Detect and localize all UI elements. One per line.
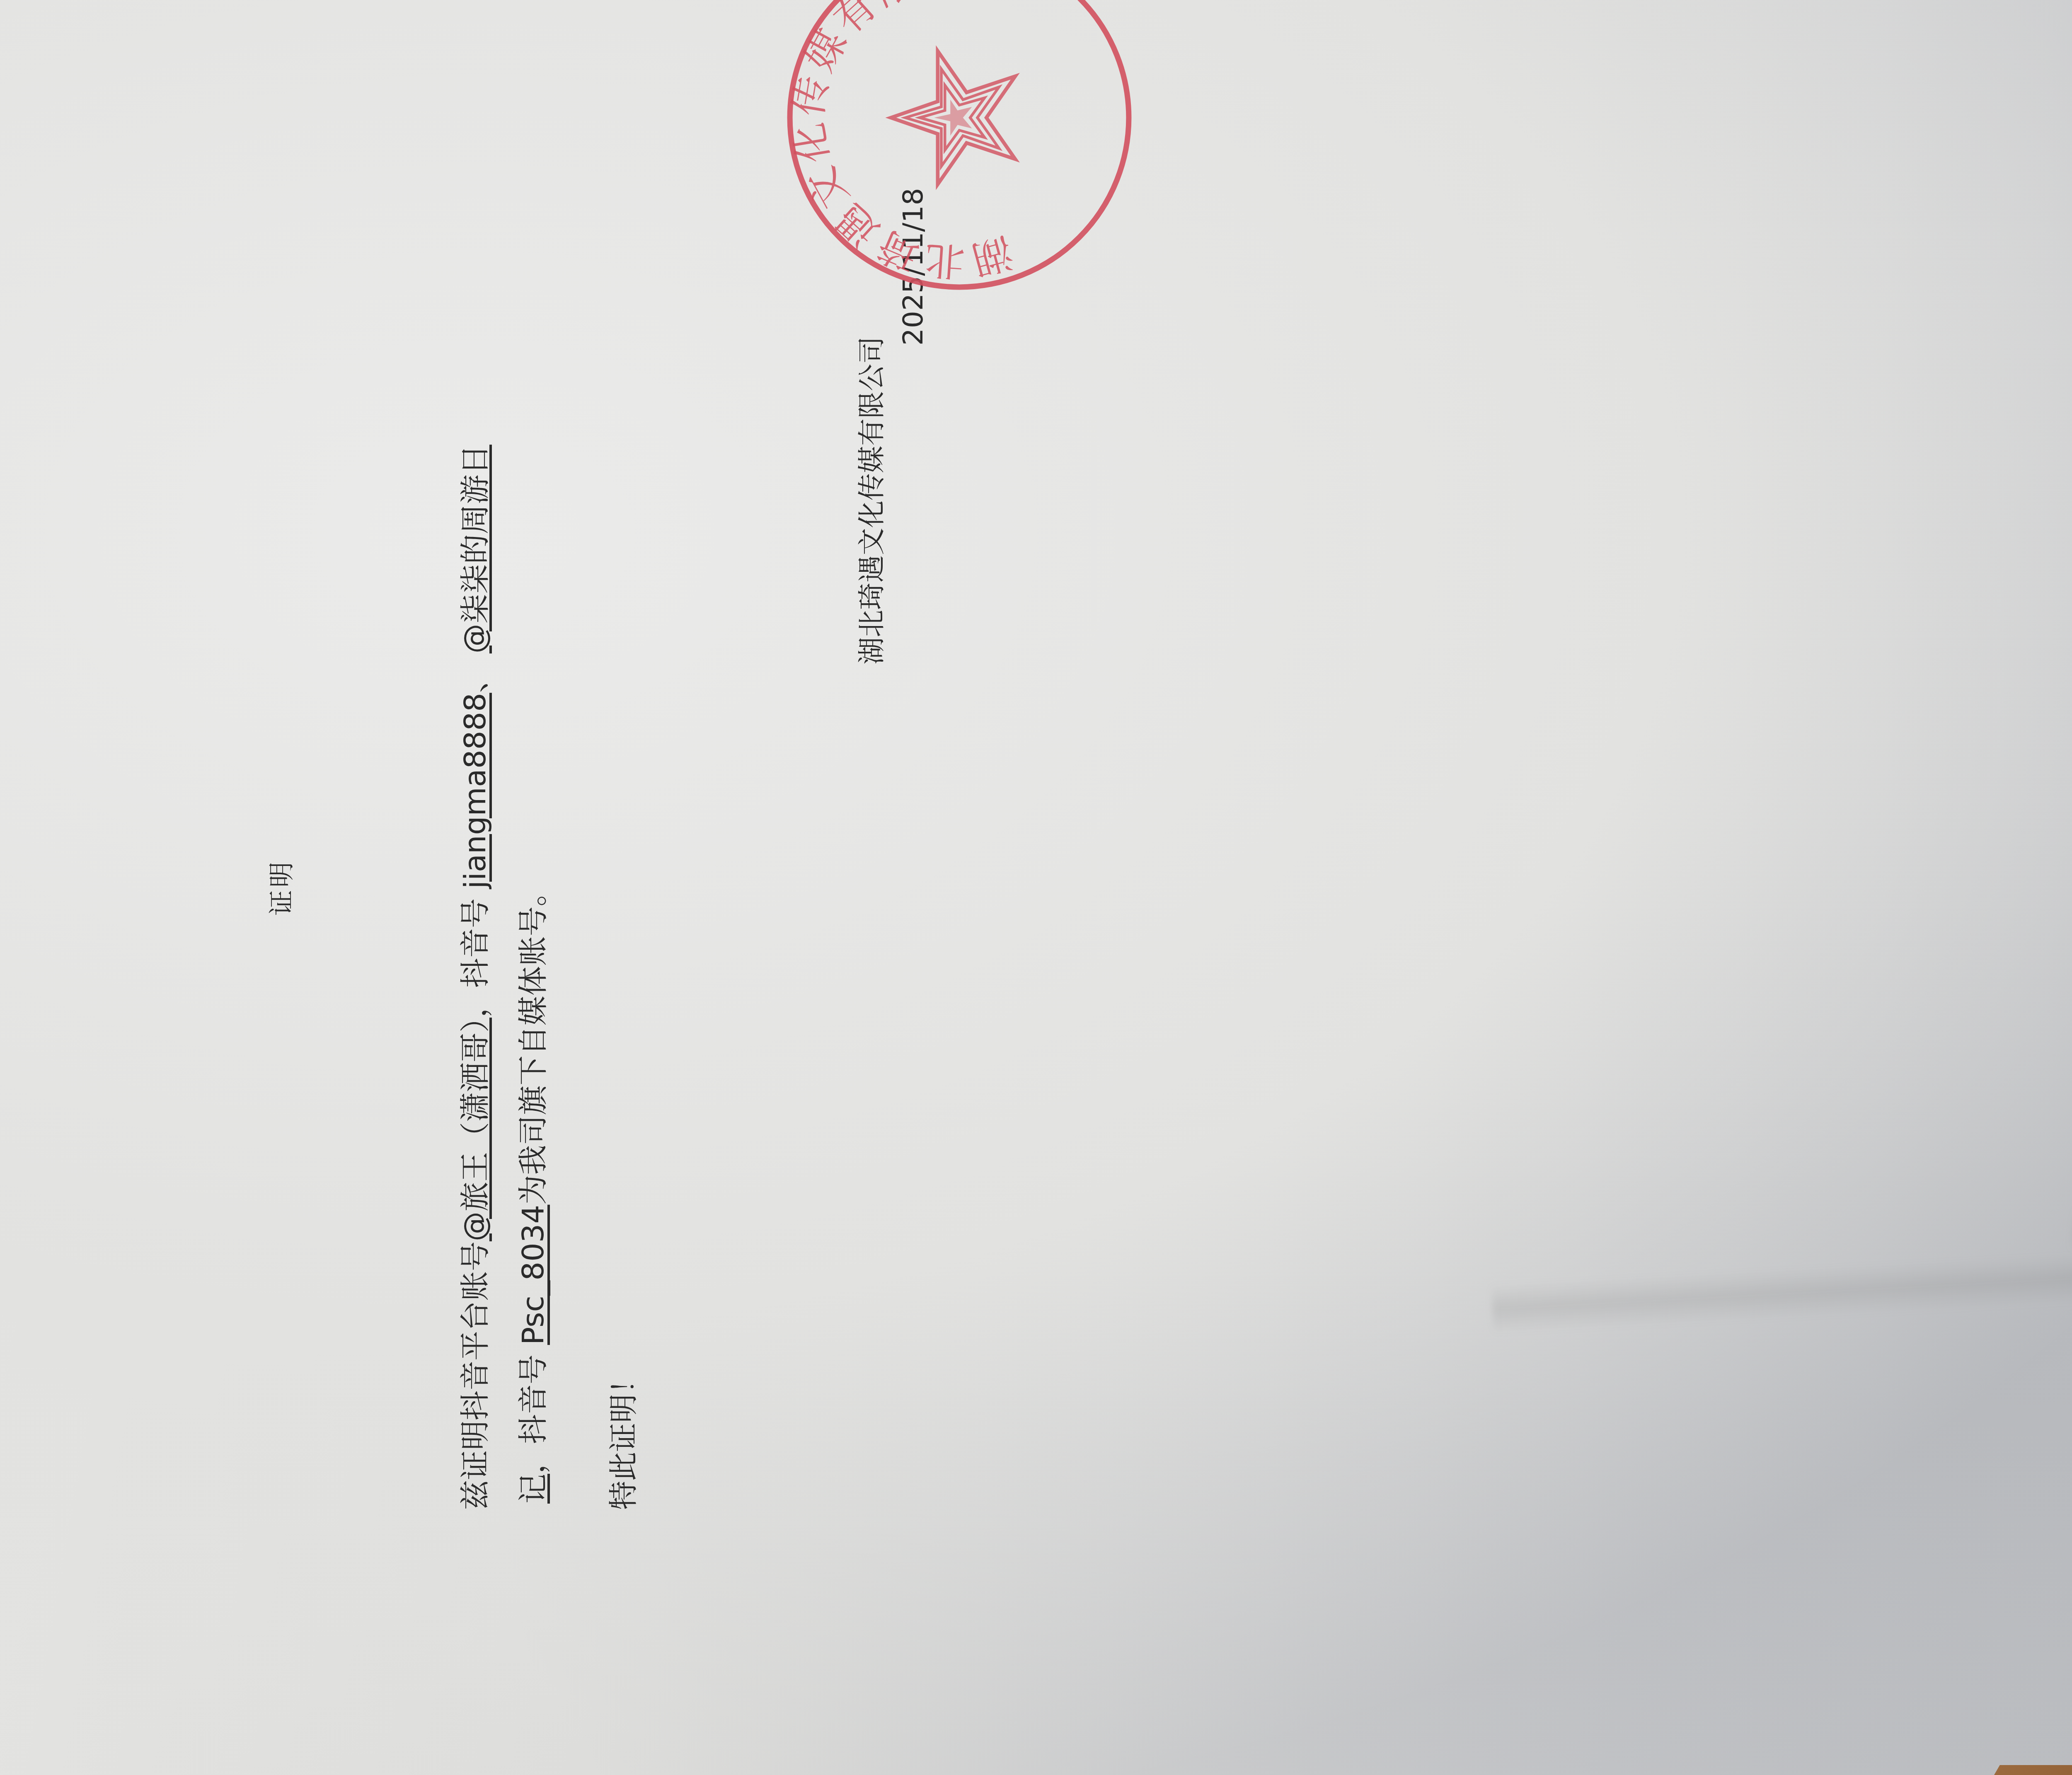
douyin-id-2: Psc_8034 xyxy=(516,1205,550,1345)
page-title: 证明 xyxy=(261,0,298,1775)
account-name-1: @旅王（潇洒哥） xyxy=(457,1018,492,1241)
douyin-id-1: jiangma8888 xyxy=(457,693,492,889)
seal-icon: 湖北琦遇文化传媒有限公司 xyxy=(779,0,1140,298)
body-line-1: 兹证明抖音平台账号@旅王（潇洒哥），抖音号 jiangma8888、 @柒柒的周… xyxy=(460,445,490,1510)
body-text: 兹证明抖音平台账号 xyxy=(457,1241,492,1510)
closing-statement: 特此证明！ xyxy=(609,1365,638,1510)
body-text: ，抖音号 xyxy=(516,1354,550,1474)
company-seal: 湖北琦遇文化传媒有限公司 xyxy=(779,0,1140,298)
document-photo: 证明 兹证明抖音平台账号@旅王（潇洒哥），抖音号 jiangma8888、 @柒… xyxy=(0,0,2072,1775)
body-text: ，抖音号 xyxy=(457,898,492,1018)
body-text: 为我司旗下自媒体账号。 xyxy=(516,877,550,1205)
account-name-2-cont: 记 xyxy=(516,1474,550,1504)
certificate-page: 证明 兹证明抖音平台账号@旅王（潇洒哥），抖音号 jiangma8888、 @柒… xyxy=(0,0,2072,1775)
body-text: 、 xyxy=(457,663,492,693)
account-name-2: @柒柒的周游日 xyxy=(457,445,492,653)
seal-star-icon xyxy=(891,51,1015,184)
body-line-2: 记，抖音号 Psc_8034为我司旗下自媒体账号。 xyxy=(518,877,548,1504)
signature-company: 湖北琦遇文化传媒有限公司 xyxy=(850,336,889,665)
